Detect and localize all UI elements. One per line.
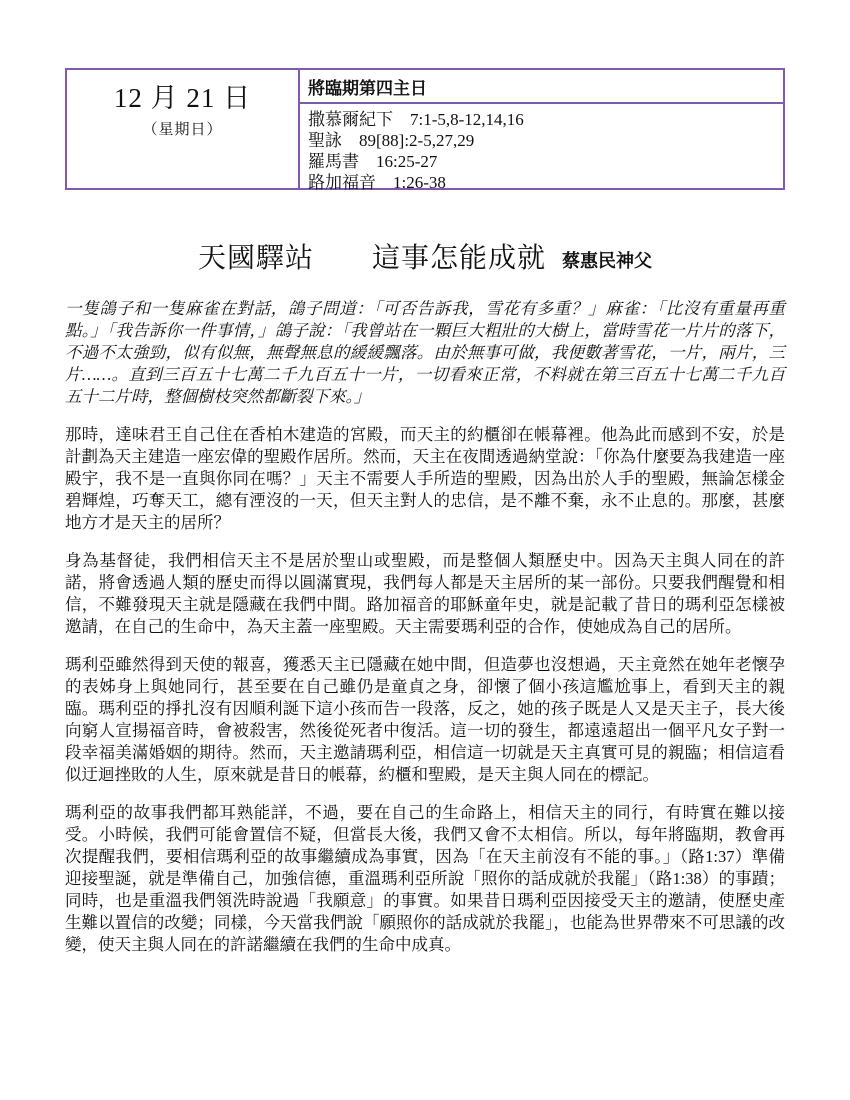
document-page: 12 月 21 日 （星期日） 將臨期第四主日 撒慕爾紀下 7:1-5,8-12… <box>0 0 850 1100</box>
article-paragraph-4: 瑪利亞雖然得到天使的報喜，獲悉天主已隱藏在她中間，但造夢也沒想過，天主竟然在她年… <box>65 654 785 786</box>
date-text: 12 月 21 日 <box>67 76 298 115</box>
readings-cell: 將臨期第四主日 撒慕爾紀下 7:1-5,8-12,14,16 聖詠 89[88]… <box>300 70 783 188</box>
article-paragraph-1: 一隻鴿子和一隻麻雀在對話，鴿子問道：「可否告訴我，雪花有多重？」麻雀：「比沒有重… <box>65 298 785 408</box>
article-paragraph-3: 身為基督徒，我們相信天主不是居於聖山或聖殿，而是整個人類歷史中。因為天主與人同在… <box>65 550 785 638</box>
article-title: 天國驛站 這事怎能成就蔡惠民神父 <box>65 236 785 276</box>
article-author: 蔡惠民神父 <box>562 251 652 271</box>
reading-item-romans: 羅馬書 16:25-27 <box>308 151 775 172</box>
date-cell: 12 月 21 日 （星期日） <box>67 70 300 188</box>
reading-item-samuel: 撒慕爾紀下 7:1-5,8-12,14,16 <box>308 109 775 130</box>
reading-item-psalm: 聖詠 89[88]:2-5,27,29 <box>308 130 775 151</box>
article-paragraph-5: 瑪利亞的故事我們都耳熟能詳，不過，要在自己的生命路上，相信天主的同行，有時實在難… <box>65 802 785 956</box>
weekday-text: （星期日） <box>67 118 298 139</box>
article-body: 一隻鴿子和一隻麻雀在對話，鴿子問道：「可否告訴我，雪花有多重？」麻雀：「比沒有重… <box>65 298 785 956</box>
readings-list: 撒慕爾紀下 7:1-5,8-12,14,16 聖詠 89[88]:2-5,27,… <box>300 104 783 193</box>
reading-item-luke: 路加福音 1:26-38 <box>308 172 775 193</box>
feast-title: 將臨期第四主日 <box>300 70 783 104</box>
article-title-text: 天國驛站 這事怎能成就 <box>198 243 546 274</box>
article-paragraph-2: 那時，達味君王自己住在香柏木建造的宮殿，而天主的約櫃卻在帳幕裡。他為此而感到不安… <box>65 424 785 534</box>
liturgical-info-table: 12 月 21 日 （星期日） 將臨期第四主日 撒慕爾紀下 7:1-5,8-12… <box>65 68 785 190</box>
